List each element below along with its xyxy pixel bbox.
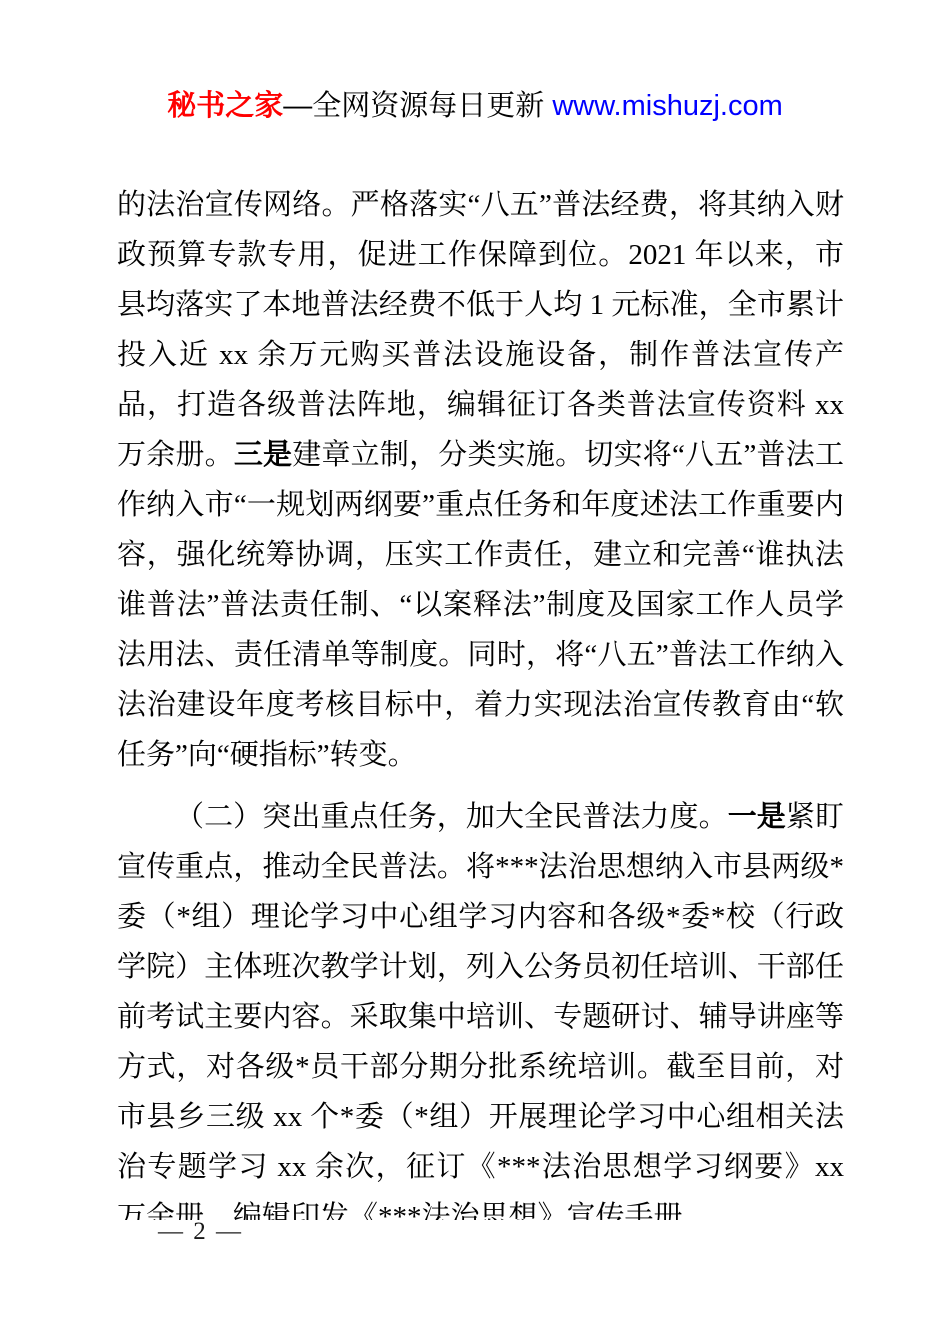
bold-lead-in: 三是 xyxy=(234,439,292,471)
site-url-link[interactable]: www.mishuzj.com xyxy=(552,90,782,122)
page-footer: — 2 — xyxy=(158,1216,243,1248)
text-run: 的法治宣传网络。严格落实“八五”普法经费，将其纳入财政预算专款专用，促进工作保障… xyxy=(117,189,844,471)
page-number: — 2 — xyxy=(158,1218,243,1245)
paragraph: （二）突出重点任务，加大全民普法力度。一是紧盯宣传重点，推动全民普法。将***法… xyxy=(117,792,844,1220)
bold-lead-in: 一是 xyxy=(728,801,786,833)
document-page: 秘书之家—全网资源每日更新 www.mishuzj.com 的法治宣传网络。严格… xyxy=(0,0,950,1344)
text-run: 紧盯宣传重点，推动全民普法。将***法治思想纳入市县两级*委（*组）理论学习中心… xyxy=(117,801,844,1220)
site-tagline: —全网资源每日更新 xyxy=(283,90,552,122)
paragraph: 的法治宣传网络。严格落实“八五”普法经费，将其纳入财政预算专款专用，促进工作保障… xyxy=(117,180,844,780)
text-run: 建章立制，分类实施。切实将“八五”普法工作纳入市“一规划两纲要”重点任务和年度述… xyxy=(117,439,844,771)
document-body: 的法治宣传网络。严格落实“八五”普法经费，将其纳入财政预算专款专用，促进工作保障… xyxy=(117,180,844,1220)
site-header: 秘书之家—全网资源每日更新 www.mishuzj.com xyxy=(0,86,950,126)
section-lead-text: （二）突出重点任务，加大全民普法力度。 xyxy=(175,801,728,833)
site-name: 秘书之家 xyxy=(167,90,283,122)
